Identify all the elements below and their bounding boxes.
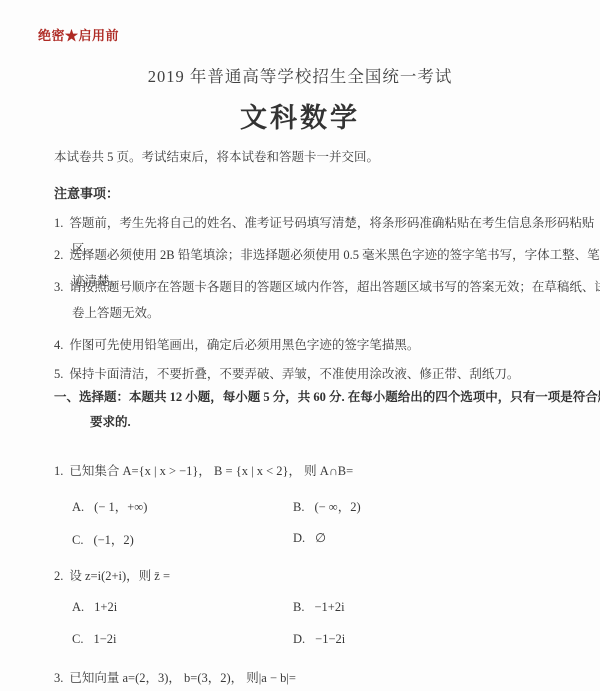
- question-2-option-d: D.−1−2i: [293, 632, 345, 647]
- notice-item-4: 4.作图可先使用铅笔画出，确定后必须用黑色字迹的签字笔描黑。: [54, 332, 600, 358]
- option-label: B.: [293, 600, 304, 614]
- option-text: ∅: [315, 531, 326, 545]
- question-stem: 设 z=i(2+i)，则 z̄ =: [69, 569, 170, 583]
- notice-item-5: 5.保持卡面清洁，不要折叠，不要弄破、弄皱，不准使用涂改液、修正带、刮纸刀。: [54, 361, 600, 387]
- option-label: A.: [72, 600, 84, 614]
- question-1-option-a: A.(− 1，+∞): [72, 497, 147, 515]
- question-number: 2.: [54, 569, 63, 583]
- classification-label: 绝密★启用前: [38, 25, 119, 44]
- subject-title: 文科数学: [0, 96, 600, 135]
- notice-number: 1.: [54, 216, 63, 230]
- option-label: A.: [72, 500, 84, 514]
- notice-number: 3.: [54, 280, 63, 294]
- question-2-option-c: C.1−2i: [72, 632, 117, 647]
- question-1: 1.已知集合 A={x | x > −1}， B = {x | x < 2}， …: [54, 461, 600, 481]
- option-label: B.: [293, 500, 304, 514]
- question-stem: 已知向量 a=(2，3)， b=(3，2)， 则|a − b|=: [69, 671, 296, 685]
- notice-number: 4.: [54, 338, 63, 352]
- question-2-option-b: B.−1+2i: [293, 600, 345, 615]
- notice-number: 5.: [54, 367, 63, 381]
- notice-text: 请按照题号顺序在答题卡各题目的答题区域内作答，超出答题区域书写的答案无效；在草稿…: [69, 280, 600, 320]
- option-text: (− 1，+∞): [94, 500, 147, 514]
- intro-text: 本试卷共 5 页。考试结束后，将本试卷和答题卡一并交回。: [54, 147, 584, 165]
- question-number: 3.: [54, 671, 63, 685]
- question-3: 3.已知向量 a=(2，3)， b=(3，2)， 则|a − b|=: [54, 668, 600, 688]
- question-2: 2.设 z=i(2+i)，则 z̄ =: [54, 566, 600, 586]
- option-label: D.: [293, 531, 305, 545]
- notice-text: 作图可先使用铅笔画出，确定后必须用黑色字迹的签字笔描黑。: [69, 338, 419, 352]
- notices-heading: 注意事项：: [54, 183, 119, 202]
- option-text: 1+2i: [94, 600, 117, 614]
- option-text: 1−2i: [93, 632, 116, 646]
- option-text: (−1，2): [93, 533, 133, 547]
- option-text: (− ∞，2): [314, 500, 360, 514]
- question-2-option-a: A.1+2i: [72, 600, 117, 615]
- question-1-option-b: B.(− ∞，2): [293, 497, 361, 515]
- option-label: D.: [293, 632, 305, 646]
- section-header-choice-questions: 一、选择题：本题共 12 小题，每小题 5 分，共 60 分. 在每小题给出的四…: [54, 385, 600, 435]
- question-1-option-d: D.∅: [293, 530, 326, 546]
- question-number: 1.: [54, 464, 63, 478]
- question-1-option-c: C.(−1，2): [72, 530, 134, 548]
- question-stem: 已知集合 A={x | x > −1}， B = {x | x < 2}， 则 …: [69, 464, 353, 478]
- option-text: −1−2i: [315, 632, 345, 646]
- option-text: −1+2i: [314, 600, 344, 614]
- notice-number: 2.: [54, 248, 63, 262]
- option-label: C.: [72, 632, 83, 646]
- exam-paper-page: 绝密★启用前 2019 年普通高等学校招生全国统一考试 文科数学 本试卷共 5 …: [0, 0, 600, 691]
- notice-item-3: 3.请按照题号顺序在答题卡各题目的答题区域内作答，超出答题区域书写的答案无效；在…: [54, 274, 600, 326]
- option-label: C.: [72, 533, 83, 547]
- notice-text: 保持卡面清洁，不要折叠，不要弄破、弄皱，不准使用涂改液、修正带、刮纸刀。: [69, 367, 519, 381]
- exam-title: 2019 年普通高等学校招生全国统一考试: [0, 63, 600, 87]
